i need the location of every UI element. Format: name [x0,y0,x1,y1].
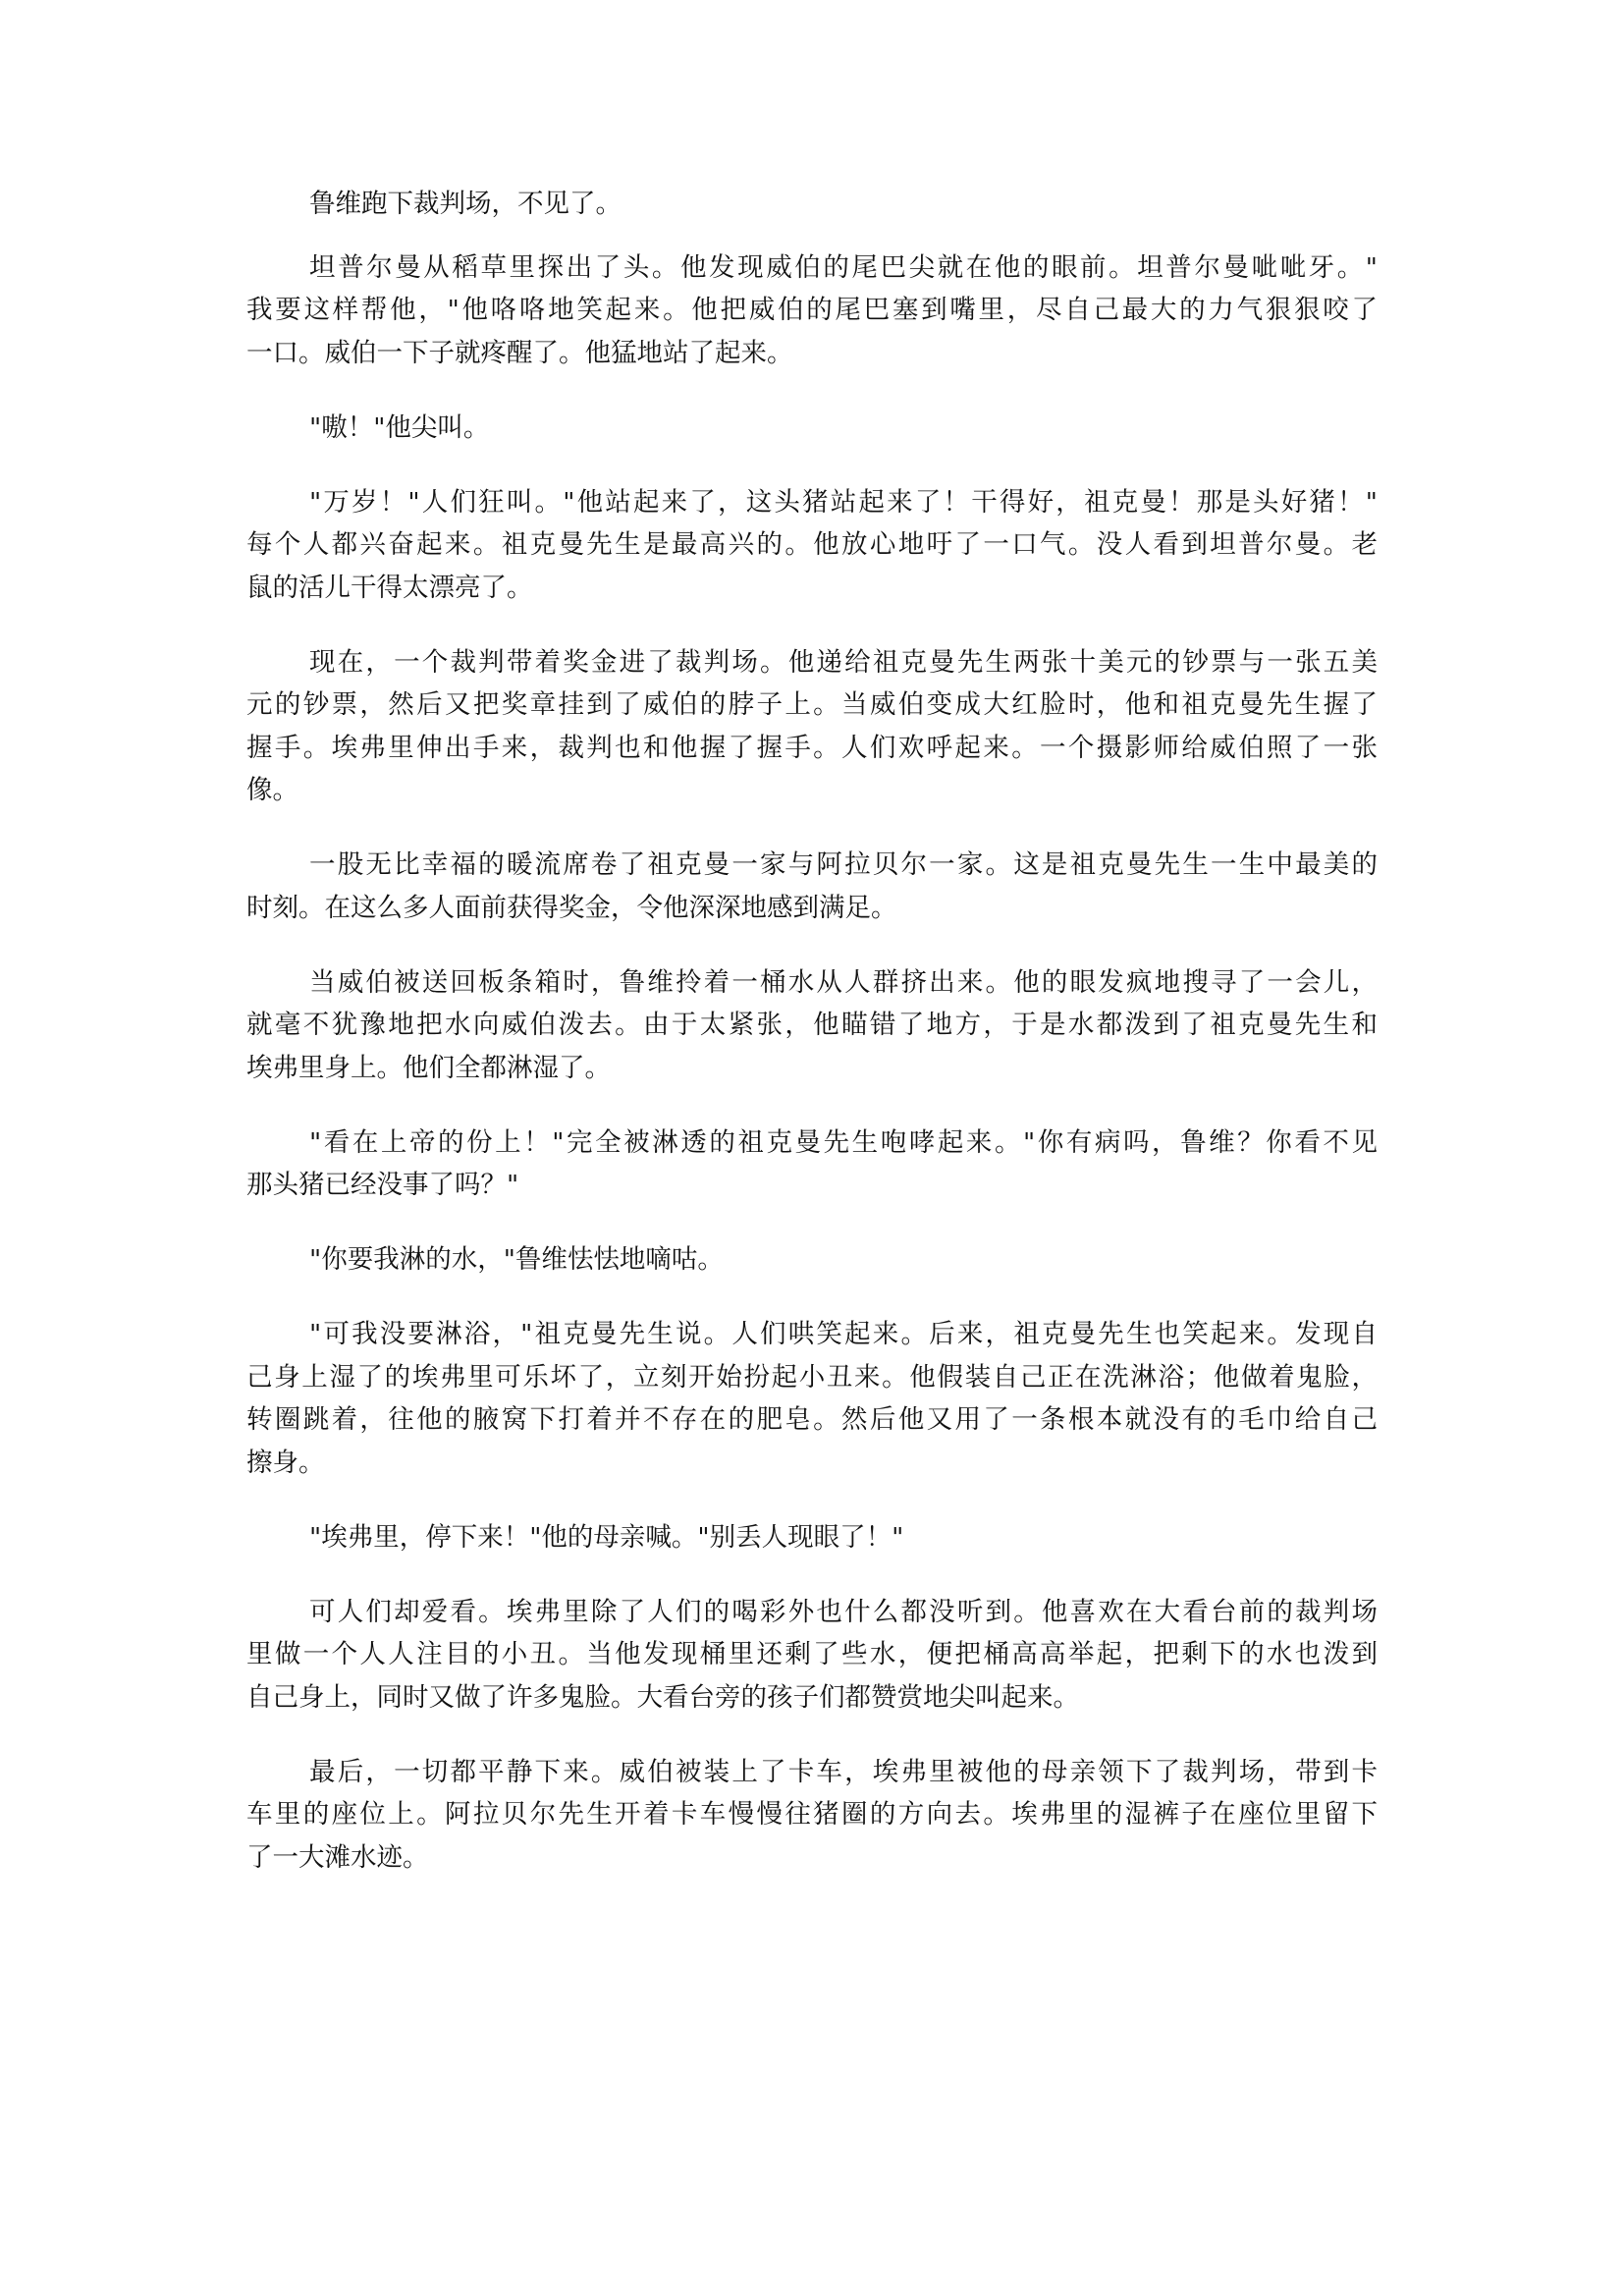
text-line: "可我没要淋浴，"祖克曼先生说。人们哄笑起来。后来，祖克曼先生也笑起来。发现自 [246,1313,1378,1356]
text-line: 握手。埃弗里伸出手来，裁判也和他握了握手。人们欢呼起来。一个摄影师给威伯照了一张 [246,727,1378,770]
paragraph-12: 可人们却爱看。埃弗里除了人们的喝彩外也什么都没听到。他喜欢在大看台前的裁判场 里… [246,1591,1378,1720]
text-line: "埃弗里，停下来！"他的母亲喊。"别丢人现眼了！" [246,1516,1378,1559]
text-line: 自己身上，同时又做了许多鬼脸。大看台旁的孩子们都赞赏地尖叫起来。 [246,1676,1378,1720]
document-page: 鲁维跑下裁判场，不见了。 坦普尔曼从稻草里探出了头。他发现威伯的尾巴尖就在他的眼… [246,183,1378,1879]
text-line: "嗷！"他尖叫。 [246,407,1378,450]
paragraph-9: "你要我淋的水，"鲁维怯怯地嘀咕。 [246,1238,1378,1282]
text-line: 埃弗里身上。他们全都淋湿了。 [246,1047,1378,1090]
text-line: 可人们却爱看。埃弗里除了人们的喝彩外也什么都没听到。他喜欢在大看台前的裁判场 [246,1591,1378,1634]
text-line: 现在，一个裁判带着奖金进了裁判场。他递给祖克曼先生两张十美元的钞票与一张五美 [246,641,1378,684]
text-line: 己身上湿了的埃弗里可乐坏了，立刻开始扮起小丑来。他假装自己正在洗淋浴；他做着鬼脸… [246,1356,1378,1399]
paragraph-3: "嗷！"他尖叫。 [246,407,1378,450]
paragraph-11: "埃弗里，停下来！"他的母亲喊。"别丢人现眼了！" [246,1516,1378,1559]
text-line: 坦普尔曼从稻草里探出了头。他发现威伯的尾巴尖就在他的眼前。坦普尔曼呲呲牙。" [246,246,1378,290]
paragraph-10: "可我没要淋浴，"祖克曼先生说。人们哄笑起来。后来，祖克曼先生也笑起来。发现自 … [246,1313,1378,1484]
text-line: 擦身。 [246,1442,1378,1485]
text-line: 了一大滩水迹。 [246,1836,1378,1880]
text-line: 鲁维跑下裁判场，不见了。 [246,183,1378,226]
text-line: 车里的座位上。阿拉贝尔先生开着卡车慢慢往猪圈的方向去。埃弗里的湿裤子在座位里留下 [246,1793,1378,1836]
text-line: 每个人都兴奋起来。祖克曼先生是最高兴的。他放心地吁了一口气。没人看到坦普尔曼。老 [246,523,1378,567]
text-line: 元的钞票，然后又把奖章挂到了威伯的脖子上。当威伯变成大红脸时，他和祖克曼先生握了 [246,683,1378,727]
text-line: 转圈跳着，往他的腋窝下打着并不存在的肥皂。然后他又用了一条根本就没有的毛巾给自己 [246,1398,1378,1442]
paragraph-4: "万岁！"人们狂叫。"他站起来了，这头猪站起来了！干得好，祖克曼！那是头好猪！"… [246,481,1378,610]
text-line: 像。 [246,769,1378,812]
paragraph-7: 当威伯被送回板条箱时，鲁维拎着一桶水从人群挤出来。他的眼发疯地搜寻了一会儿， 就… [246,961,1378,1090]
paragraph-8: "看在上帝的份上！"完全被淋透的祖克曼先生咆哮起来。"你有病吗，鲁维？你看不见 … [246,1121,1378,1207]
text-line: "万岁！"人们狂叫。"他站起来了，这头猪站起来了！干得好，祖克曼！那是头好猪！" [246,481,1378,524]
paragraph-13: 最后，一切都平静下来。威伯被装上了卡车，埃弗里被他的母亲领下了裁判场，带到卡 车… [246,1751,1378,1880]
text-line: 我要这样帮他，"他咯咯地笑起来。他把威伯的尾巴塞到嘴里，尽自己最大的力气狠狠咬了 [246,289,1378,332]
text-line: 那头猪已经没事了吗？" [246,1164,1378,1207]
paragraph-2: 坦普尔曼从稻草里探出了头。他发现威伯的尾巴尖就在他的眼前。坦普尔曼呲呲牙。" 我… [246,246,1378,375]
text-line: 一口。威伯一下子就疼醒了。他猛地站了起来。 [246,332,1378,375]
text-line: 最后，一切都平静下来。威伯被装上了卡车，埃弗里被他的母亲领下了裁判场，带到卡 [246,1751,1378,1794]
paragraph-5: 现在，一个裁判带着奖金进了裁判场。他递给祖克曼先生两张十美元的钞票与一张五美 元… [246,641,1378,812]
text-line: 时刻。在这么多人面前获得奖金，令他深深地感到满足。 [246,887,1378,930]
paragraph-6: 一股无比幸福的暖流席卷了祖克曼一家与阿拉贝尔一家。这是祖克曼先生一生中最美的 时… [246,844,1378,929]
text-line: "看在上帝的份上！"完全被淋透的祖克曼先生咆哮起来。"你有病吗，鲁维？你看不见 [246,1121,1378,1165]
text-line: 当威伯被送回板条箱时，鲁维拎着一桶水从人群挤出来。他的眼发疯地搜寻了一会儿， [246,961,1378,1005]
text-line: "你要我淋的水，"鲁维怯怯地嘀咕。 [246,1238,1378,1282]
text-line: 里做一个人人注目的小丑。当他发现桶里还剩了些水，便把桶高高举起，把剩下的水也泼到 [246,1633,1378,1676]
text-line: 一股无比幸福的暖流席卷了祖克曼一家与阿拉贝尔一家。这是祖克曼先生一生中最美的 [246,844,1378,887]
text-line: 就毫不犹豫地把水向威伯泼去。由于太紧张，他瞄错了地方，于是水都泼到了祖克曼先生和 [246,1004,1378,1047]
text-line: 鼠的活儿干得太漂亮了。 [246,567,1378,610]
paragraph-1: 鲁维跑下裁判场，不见了。 [246,183,1378,226]
